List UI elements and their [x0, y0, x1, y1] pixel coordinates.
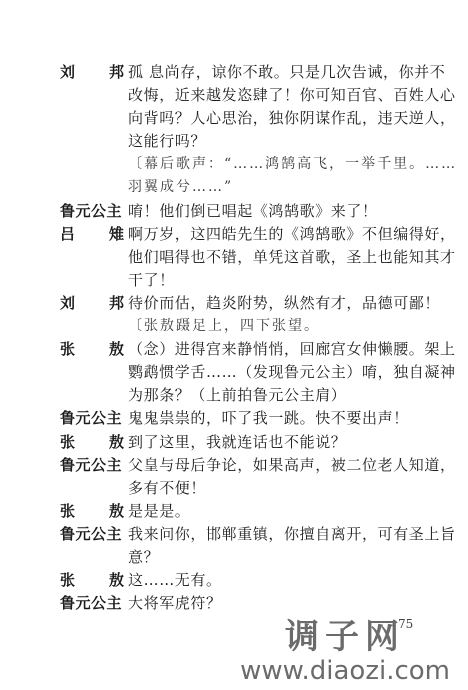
speaker-name: 刘 邦: [60, 292, 128, 315]
text-line: 这……无有。: [128, 569, 422, 592]
speaker-name: 刘 邦: [60, 61, 128, 84]
text-line: 啊万岁，这四皓先生的《鸿鹄歌》不但编得好，: [128, 223, 456, 246]
text-line: 孤 息尚存，谅你不敢。只是几次告诫，你并不: [128, 61, 456, 84]
text-line: 向背吗？人心思治，独你阴谋作乱，违天逆人，: [128, 107, 456, 130]
speaker-name: 张 敖: [60, 500, 128, 523]
text-line: 多有不便！: [128, 477, 456, 500]
dialogue-text: （念）进得宫来静悄悄，回廊宫女伸懒腰。架上 鹦鹉惯学舌……（发现鲁元公主）唷，独…: [128, 338, 456, 407]
speaker-name: 鲁元公主: [60, 407, 128, 430]
speaker-name: 鲁元公主: [60, 454, 128, 477]
dialogue-entry: 刘 邦 待价而估，趋炎附势，纵然有才，品德可鄙！: [60, 292, 422, 315]
text-line: 这能行吗？: [128, 130, 456, 153]
speaker-name: 张 敖: [60, 569, 128, 592]
dialogue-entry: 鲁元公主 唷！他们倒已唱起《鸿鹄歌》来了！: [60, 200, 422, 223]
speaker-char: 张: [60, 431, 75, 454]
speaker-char: 邦: [109, 292, 124, 315]
scanned-page: 刘 邦 孤 息尚存，谅你不敢。只是几次告诫，你并不 改悔，近来越发恣肆了！你可知…: [0, 0, 468, 690]
speaker-char: 张: [60, 569, 75, 592]
dialogue-entry: 鲁元公主 我来问你，邯郸重镇，你擅自离开，可有圣上旨 意？: [60, 523, 422, 569]
dialogue-entry: 鲁元公主 父皇与母后争论，如果高声，被二位老人知道， 多有不便！: [60, 454, 422, 500]
script-body: 刘 邦 孤 息尚存，谅你不敢。只是几次告诫，你并不 改悔，近来越发恣肆了！你可知…: [60, 61, 422, 615]
text-line: 唷！他们倒已唱起《鸿鹄歌》来了！: [128, 200, 422, 223]
speaker-char: 刘: [60, 61, 75, 84]
speaker-char: 刘: [60, 292, 75, 315]
text-line: （念）进得宫来静悄悄，回廊宫女伸懒腰。架上: [128, 338, 456, 361]
watermark: 调子网 www.diaozi.com: [240, 618, 450, 686]
dialogue-text: 啊万岁，这四皓先生的《鸿鹄歌》不但编得好， 他们唱得也不错，单凭这首歌，圣上也能…: [128, 223, 456, 292]
speaker-name: 鲁元公主: [60, 592, 128, 615]
speaker-char: 敖: [109, 569, 124, 592]
dialogue-entry: 鲁元公主 鬼鬼祟祟的，吓了我一跳。快不要出声！: [60, 407, 422, 430]
speaker-char: 邦: [109, 61, 124, 84]
speaker-char: 敖: [109, 338, 124, 361]
speaker-name: 张 敖: [60, 338, 128, 361]
dialogue-entry: 张 敖 是是是。: [60, 500, 422, 523]
dialogue-text: 是是是。: [128, 500, 422, 523]
dialogue-entry: 刘 邦 孤 息尚存，谅你不敢。只是几次告诫，你并不 改悔，近来越发恣肆了！你可知…: [60, 61, 422, 153]
speaker-char: 张: [60, 500, 75, 523]
text-line: 到了这里，我就连话也不能说？: [128, 431, 422, 454]
dialogue-text: 待价而估，趋炎附势，纵然有才，品德可鄙！: [128, 292, 440, 315]
dialogue-text: 鬼鬼祟祟的，吓了我一跳。快不要出声！: [128, 407, 422, 430]
watermark-title: 调子网: [240, 618, 450, 656]
dialogue-entry: 张 敖 到了这里，我就连话也不能说？: [60, 431, 422, 454]
speaker-char: 敖: [109, 500, 124, 523]
stage-direction: 〔幕后歌声：“……鸿鹄高飞，一举千里。…… 羽翼成兮……”: [128, 153, 422, 199]
dialogue-text: 孤 息尚存，谅你不敢。只是几次告诫，你并不 改悔，近来越发恣肆了！你可知百官、百…: [128, 61, 456, 153]
text-line: 大将军虎符？: [128, 592, 422, 615]
dialogue-entry: 张 敖 这……无有。: [60, 569, 422, 592]
speaker-name: 吕 雉: [60, 223, 128, 246]
text-line: 〔幕后歌声：“……鸿鹄高飞，一举千里。……: [128, 153, 422, 176]
dialogue-text: 唷！他们倒已唱起《鸿鹄歌》来了！: [128, 200, 422, 223]
dialogue-text: 父皇与母后争论，如果高声，被二位老人知道， 多有不便！: [128, 454, 456, 500]
speaker-name: 鲁元公主: [60, 200, 128, 223]
dialogue-entry: 张 敖 （念）进得宫来静悄悄，回廊宫女伸懒腰。架上 鹦鹉惯学舌……（发现鲁元公主…: [60, 338, 422, 407]
dialogue-text: 到了这里，我就连话也不能说？: [128, 431, 422, 454]
text-line: 改悔，近来越发恣肆了！你可知百官、百姓人心: [128, 84, 456, 107]
speaker-char: 雉: [109, 223, 124, 246]
text-line: 待价而估，趋炎附势，纵然有才，品德可鄙！: [128, 292, 440, 315]
text-line: 他们唱得也不错，单凭这首歌，圣上也能知其才: [128, 246, 456, 269]
speaker-name: 鲁元公主: [60, 523, 128, 546]
speaker-char: 吕: [60, 223, 75, 246]
dialogue-text: 大将军虎符？: [128, 592, 422, 615]
text-line: 鹦鹉惯学舌……（发现鲁元公主）唷，独自凝神: [128, 361, 456, 384]
dialogue-entry: 鲁元公主 大将军虎符？: [60, 592, 422, 615]
dialogue-text: 我来问你，邯郸重镇，你擅自离开，可有圣上旨 意？: [128, 523, 456, 569]
speaker-char: 张: [60, 338, 75, 361]
text-line: 我来问你，邯郸重镇，你擅自离开，可有圣上旨: [128, 523, 456, 546]
text-line: 羽翼成兮……”: [128, 176, 422, 199]
watermark-url: www.diaozi.com: [240, 656, 450, 686]
text-line: 父皇与母后争论，如果高声，被二位老人知道，: [128, 454, 456, 477]
stage-direction: 〔张敖蹑足上，四下张望。: [128, 315, 422, 338]
text-line: 干了！: [128, 269, 456, 292]
text-line: 是是是。: [128, 500, 422, 523]
dialogue-entry: 吕 雉 啊万岁，这四皓先生的《鸿鹄歌》不但编得好， 他们唱得也不错，单凭这首歌，…: [60, 223, 422, 292]
text-line: 意？: [128, 546, 456, 569]
text-line: 为那条？（上前拍鲁元公主肩）: [128, 384, 456, 407]
text-line: 〔张敖蹑足上，四下张望。: [128, 315, 422, 338]
speaker-char: 敖: [109, 431, 124, 454]
dialogue-text: 这……无有。: [128, 569, 422, 592]
text-line: 鬼鬼祟祟的，吓了我一跳。快不要出声！: [128, 407, 422, 430]
speaker-name: 张 敖: [60, 431, 128, 454]
